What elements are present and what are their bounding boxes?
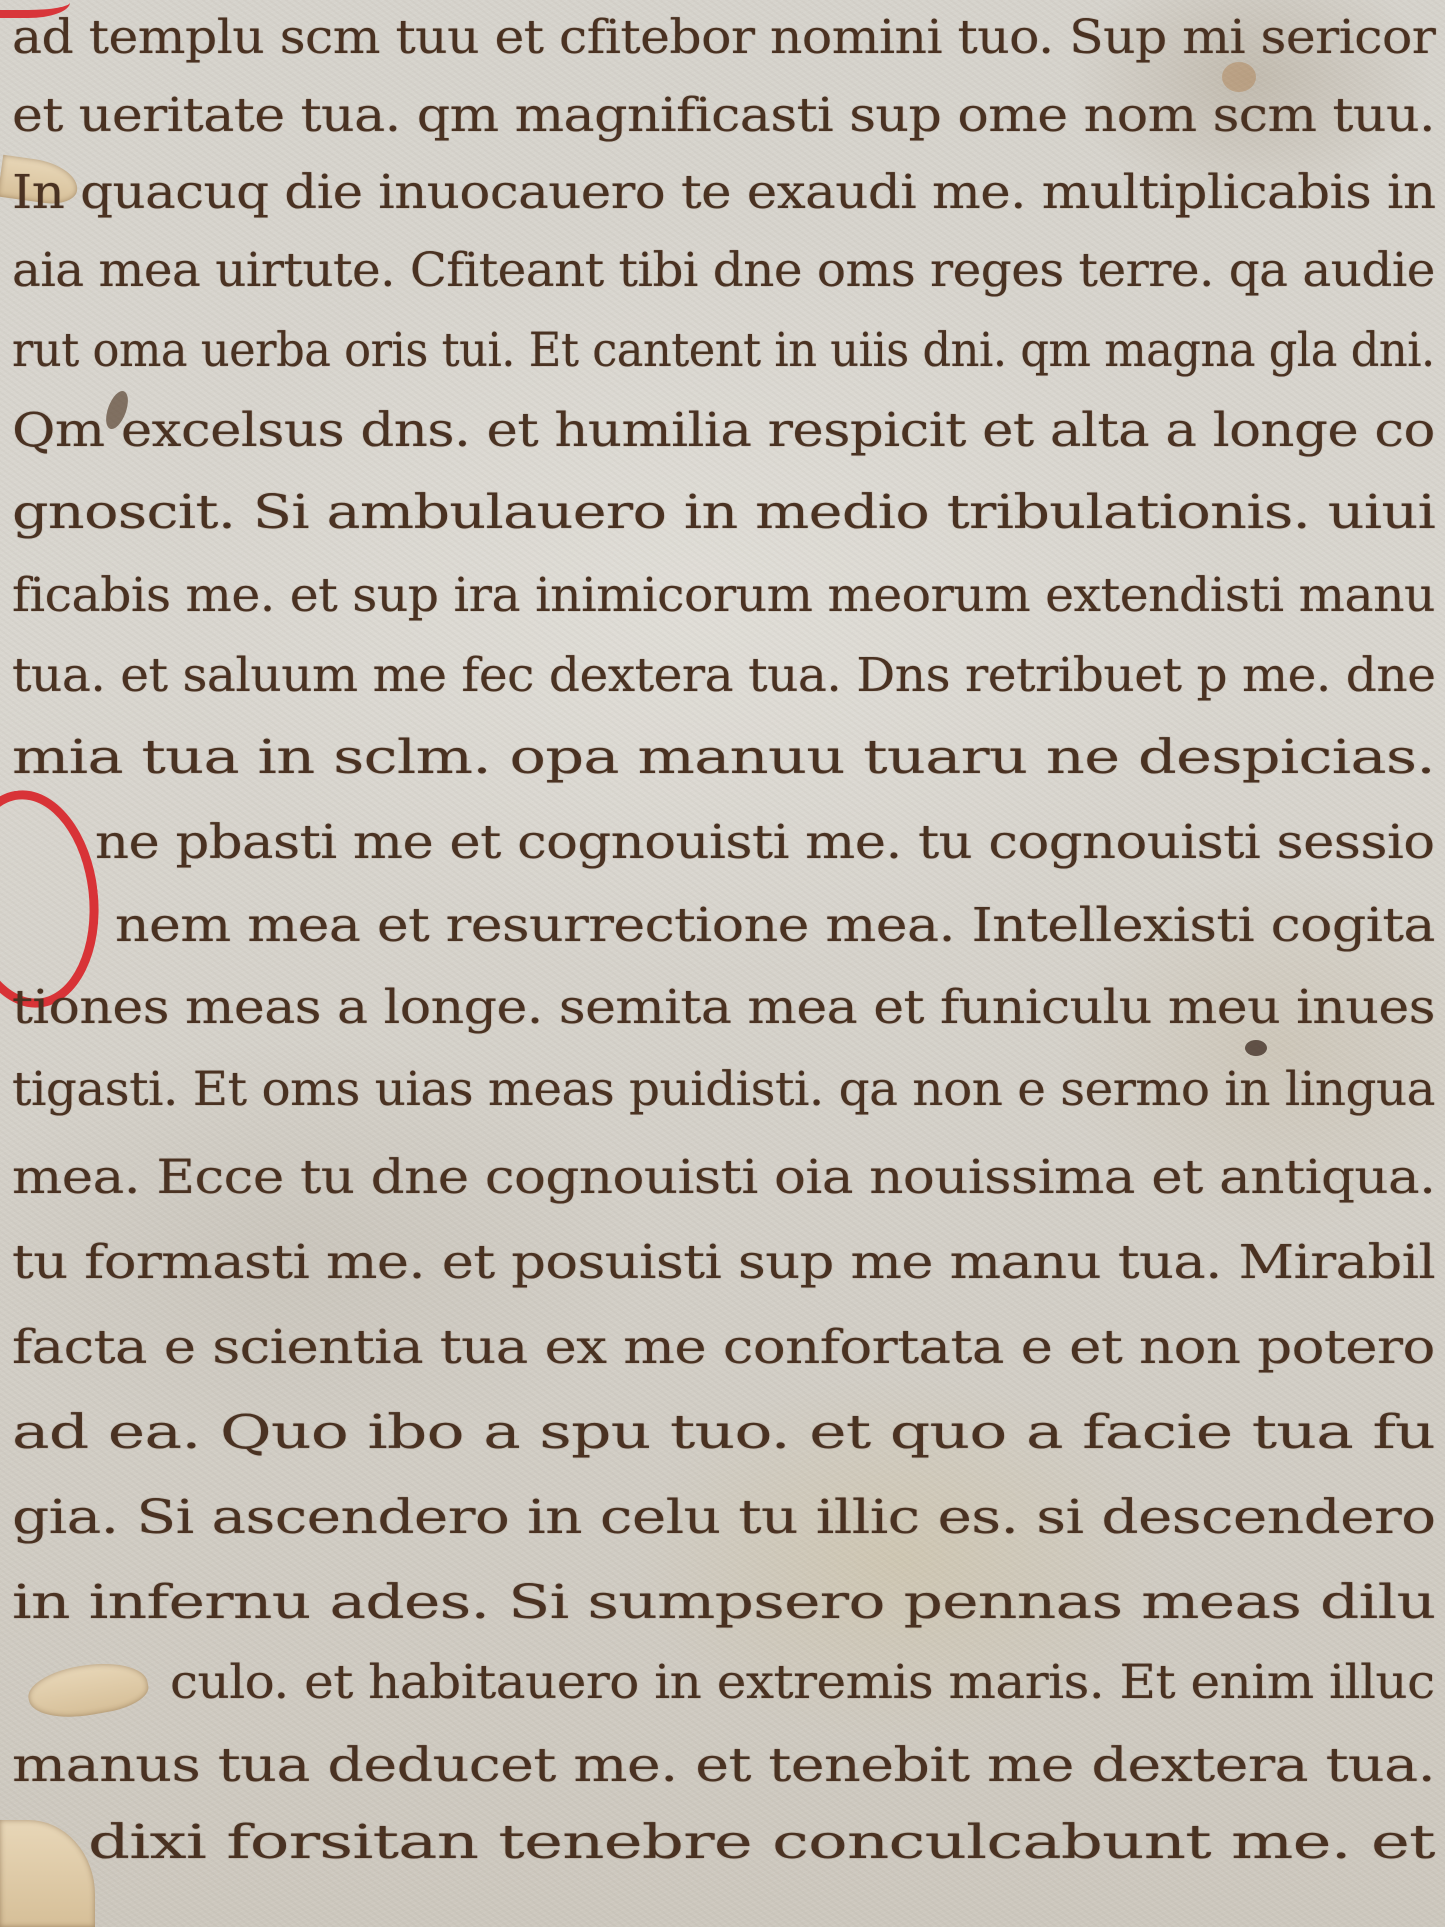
text-line-2: et ueritate tua. qm magnificasti sup ome… — [12, 88, 1435, 143]
torn-hole — [25, 1655, 152, 1725]
text-line-12: nem mea et resurrectione mea. Intellexis… — [115, 898, 1435, 953]
text-line-3: In quacuq die inuocauero te exaudi me. m… — [12, 165, 1436, 220]
text-line-21: culo. et habitauero in extremis maris. E… — [170, 1655, 1435, 1710]
text-line-20: in infernu ades. Si sumpsero pennas meas… — [12, 1575, 1436, 1630]
text-line-14: tigasti. Et oms uias meas puidisti. qa n… — [12, 1062, 1435, 1117]
text-line-19: gia. Si ascendero in celu tu illic es. s… — [12, 1490, 1436, 1545]
torn-corner — [0, 1820, 95, 1927]
text-line-11: ne pbasti me et cognouisti me. tu cognou… — [95, 815, 1435, 870]
text-line-22: manus tua deducet me. et tenebit me dext… — [12, 1738, 1435, 1793]
text-line-4: aia mea uirtute. Cfiteant tibi dne oms r… — [12, 243, 1435, 298]
text-line-23: dixi forsitan tenebre conculcabunt me. e… — [88, 1815, 1435, 1870]
text-line-13: tiones meas a longe. semita mea et funic… — [12, 980, 1435, 1035]
text-line-16: tu formasti me. et posuisti sup me manu … — [12, 1235, 1435, 1290]
text-line-1: ad templu scm tuu et cfitebor nomini tuo… — [12, 10, 1435, 65]
text-line-5: rut oma uerba oris tui. Et cantent in ui… — [12, 323, 1435, 378]
text-line-9: tua. et saluum me fec dextera tua. Dns r… — [12, 648, 1435, 703]
text-line-7: gnoscit. Si ambulauero in medio tribulat… — [12, 485, 1435, 540]
text-line-6: Qm excelsus dns. et humilia respicit et … — [12, 403, 1435, 458]
text-line-8: ficabis me. et sup ira inimicorum meorum… — [12, 568, 1435, 623]
text-line-18: ad ea. Quo ibo a spu tuo. et quo a facie… — [12, 1405, 1435, 1460]
text-line-17: facta e scientia tua ex me confortata e … — [12, 1320, 1435, 1375]
parchment-leaf: ad templu scm tuu et cfitebor nomini tuo… — [0, 0, 1445, 1927]
text-line-15: mea. Ecce tu dne cognouisti oia nouissim… — [12, 1150, 1435, 1205]
text-line-10: mia tua in sclm. opa manuu tuaru ne desp… — [12, 730, 1435, 785]
ink-blot — [1245, 1040, 1267, 1056]
